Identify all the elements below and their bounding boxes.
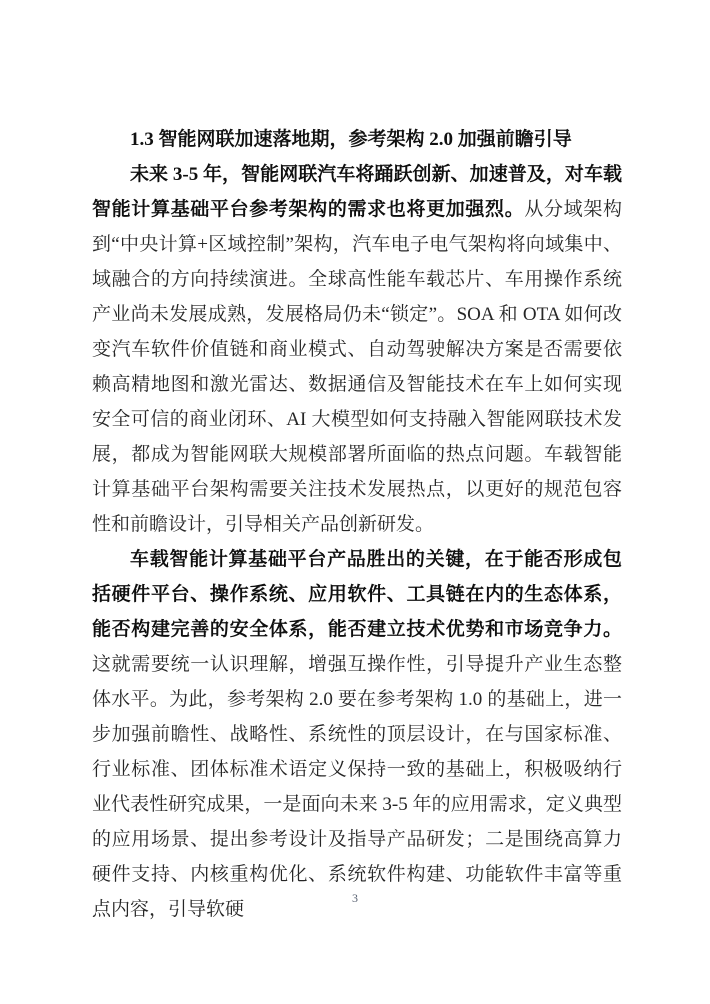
text-run: 这就需要统一认识理解，增强互操作性，引导提升产业生态整体水平。为此，参考架构 2… (92, 654, 622, 920)
text-run: 从分域架构到“中央计算+区域控制”架构，汽车电子电气架构将向域集中、域融合的方向… (92, 199, 622, 535)
body-paragraphs: 未来 3-5 年，智能网联汽车将踊跃创新、加速普及，对车载智能计算基础平台参考架… (92, 157, 622, 927)
page-number: 3 (0, 890, 710, 906)
text-run: 车载智能计算基础平台产品胜出的关键，在于能否形成包括硬件平台、操作系统、应用软件… (92, 549, 622, 640)
document-page: 1.3 智能网联加速落地期，参考架构 2.0 加强前瞻引导 未来 3-5 年，智… (0, 0, 710, 1004)
paragraph: 车载智能计算基础平台产品胜出的关键，在于能否形成包括硬件平台、操作系统、应用软件… (92, 542, 622, 927)
section-heading: 1.3 智能网联加速落地期，参考架构 2.0 加强前瞻引导 (92, 122, 622, 157)
paragraph: 未来 3-5 年，智能网联汽车将踊跃创新、加速普及，对车载智能计算基础平台参考架… (92, 157, 622, 542)
